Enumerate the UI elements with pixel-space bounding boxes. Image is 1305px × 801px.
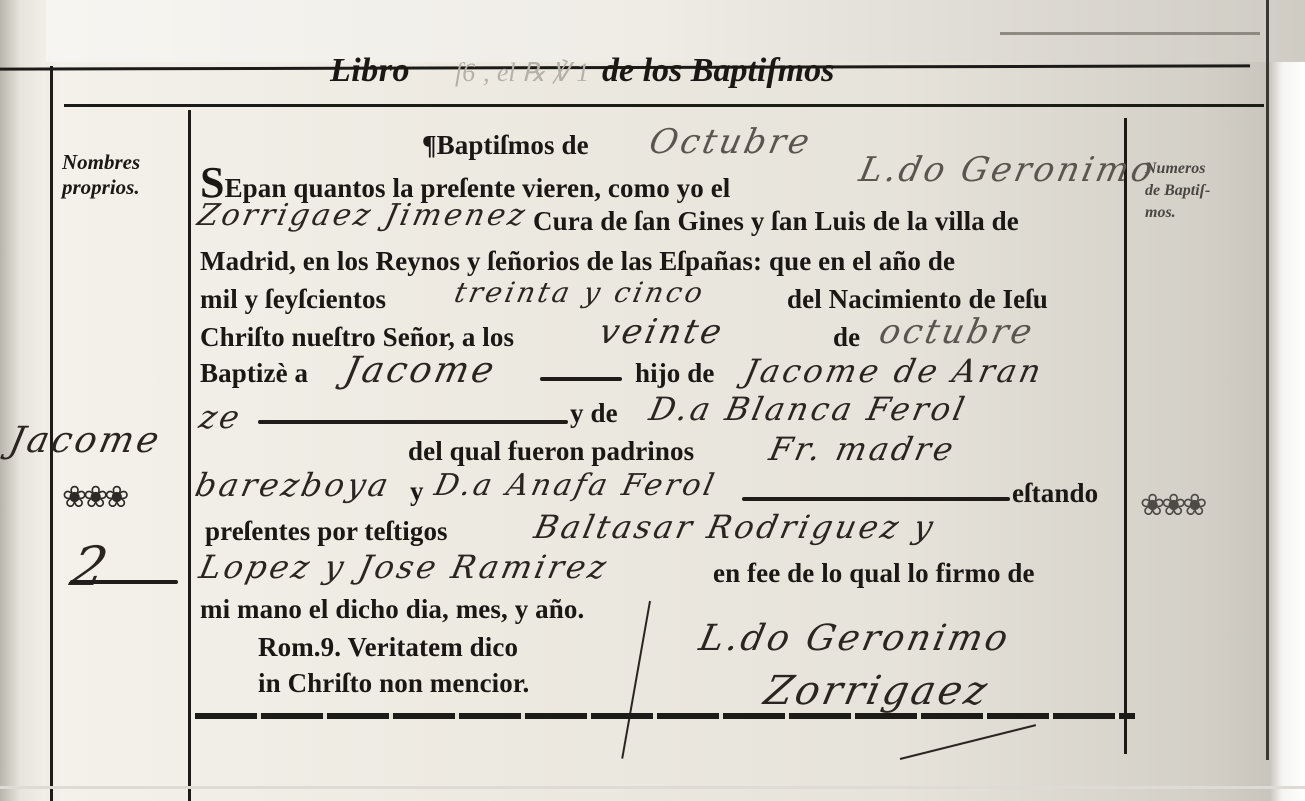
- form-line-6-a: Chriſto nueſtro Señor, a los: [200, 322, 514, 352]
- right-label-line3: mos.: [1145, 202, 1210, 224]
- form-line-5-b: del Nacimiento de Ieſu: [787, 284, 1048, 314]
- book-spine: [0, 0, 46, 801]
- right-margin-divider: [1124, 118, 1127, 754]
- form-line-7-b: hijo de: [635, 358, 714, 388]
- handwritten-godparent-1-surname: barezboya: [192, 466, 395, 504]
- page-bottom-edge: [0, 786, 1305, 789]
- form-line-3: Cura de ſan Gines y ſan Luis de la villa…: [533, 206, 1019, 236]
- handwritten-year: treinta y cinco: [451, 276, 708, 309]
- handwritten-father-name: Jacome de Aran: [741, 352, 1047, 390]
- handwritten-month: Octubre: [646, 122, 816, 162]
- handwritten-witnesses-2: Lopez y Jose Ramirez: [196, 548, 612, 586]
- document-page: Libro ſ6 ‚ el ℞ ℣ 1 de los Baptiſmos Nom…: [0, 0, 1305, 801]
- left-margin-underline: [70, 580, 178, 584]
- form-line-10-a: y: [410, 476, 424, 506]
- father-name-line: [258, 420, 568, 424]
- child-name-line: [540, 377, 622, 381]
- signature-line-2: Zorrigaez: [760, 668, 994, 714]
- handwritten-witnesses-1: Baltasar Rodriguez y: [531, 508, 939, 546]
- header-libro: Libro: [330, 52, 410, 90]
- header-bleed-through: ſ6 ‚ el ℞ ℣ 1: [455, 58, 589, 88]
- left-margin-label: Nombres proprios.: [62, 150, 140, 200]
- form-line-6-b: de: [833, 322, 860, 352]
- right-label-line2: de Baptiſ-: [1145, 180, 1210, 202]
- godparents-line: [742, 497, 1010, 501]
- handwritten-day: veinte: [596, 312, 728, 352]
- form-line-7-a: Baptizè a: [200, 358, 308, 388]
- right-ornament-icon: ❀❀❀: [1140, 488, 1203, 523]
- signature-underline-flourish: [900, 724, 1036, 760]
- signature-flourish: [621, 601, 651, 759]
- form-line-4: Madrid, en los Reynos y ſeñorios de las …: [200, 246, 955, 276]
- form-line-8: y de: [570, 398, 618, 428]
- left-margin-handwritten-name: Jacome: [6, 420, 166, 461]
- form-line-10-b: eſtando: [1012, 478, 1098, 508]
- bottom-rule: [195, 713, 1135, 719]
- handwritten-father-suffix: ze: [196, 398, 246, 436]
- header-top-rule-right: [1000, 32, 1260, 35]
- header-bottom-rule: [64, 104, 1264, 107]
- handwritten-priest-name: Zorrigaez Jimenez: [194, 198, 531, 233]
- left-label-line2: proprios.: [62, 175, 140, 200]
- form-line-13: mi mano el dicho dia, mes, y año.: [200, 594, 584, 624]
- left-margin-number: 2: [65, 535, 116, 598]
- signature-line-1: L.do Geronimo: [696, 618, 1015, 659]
- form-line-12: en fee de lo qual lo firmo de: [713, 558, 1035, 588]
- right-border: [1266, 0, 1269, 760]
- handwritten-day-month: octubre: [876, 312, 1039, 352]
- header-title: de los Baptiſmos: [602, 52, 834, 90]
- form-line-9: del qual fueron padrinos: [408, 436, 694, 466]
- form-heading: ¶Baptiſmos de: [422, 130, 589, 160]
- motto-line-2: in Chriſto non mencior.: [258, 668, 529, 698]
- handwritten-child-name: Jacome: [341, 350, 501, 391]
- left-margin-divider: [188, 110, 191, 801]
- handwritten-priest-title: L.do Geronimo: [856, 150, 1159, 190]
- form-line-5-a: mil y ſeyſcientos: [200, 284, 386, 314]
- handwritten-godparent-1: Fr. madre: [766, 430, 960, 468]
- handwritten-mother-name: D.a Blanca Ferol: [646, 390, 971, 428]
- left-label-line1: Nombres: [62, 150, 140, 175]
- form-line-11: preſentes por teſtigos: [205, 516, 448, 546]
- left-ornament-icon: ❀❀❀: [62, 480, 125, 515]
- handwritten-godparent-2: D.a Anafa Ferol: [431, 468, 720, 503]
- motto-line-1: Rom.9. Veritatem dico: [258, 632, 518, 662]
